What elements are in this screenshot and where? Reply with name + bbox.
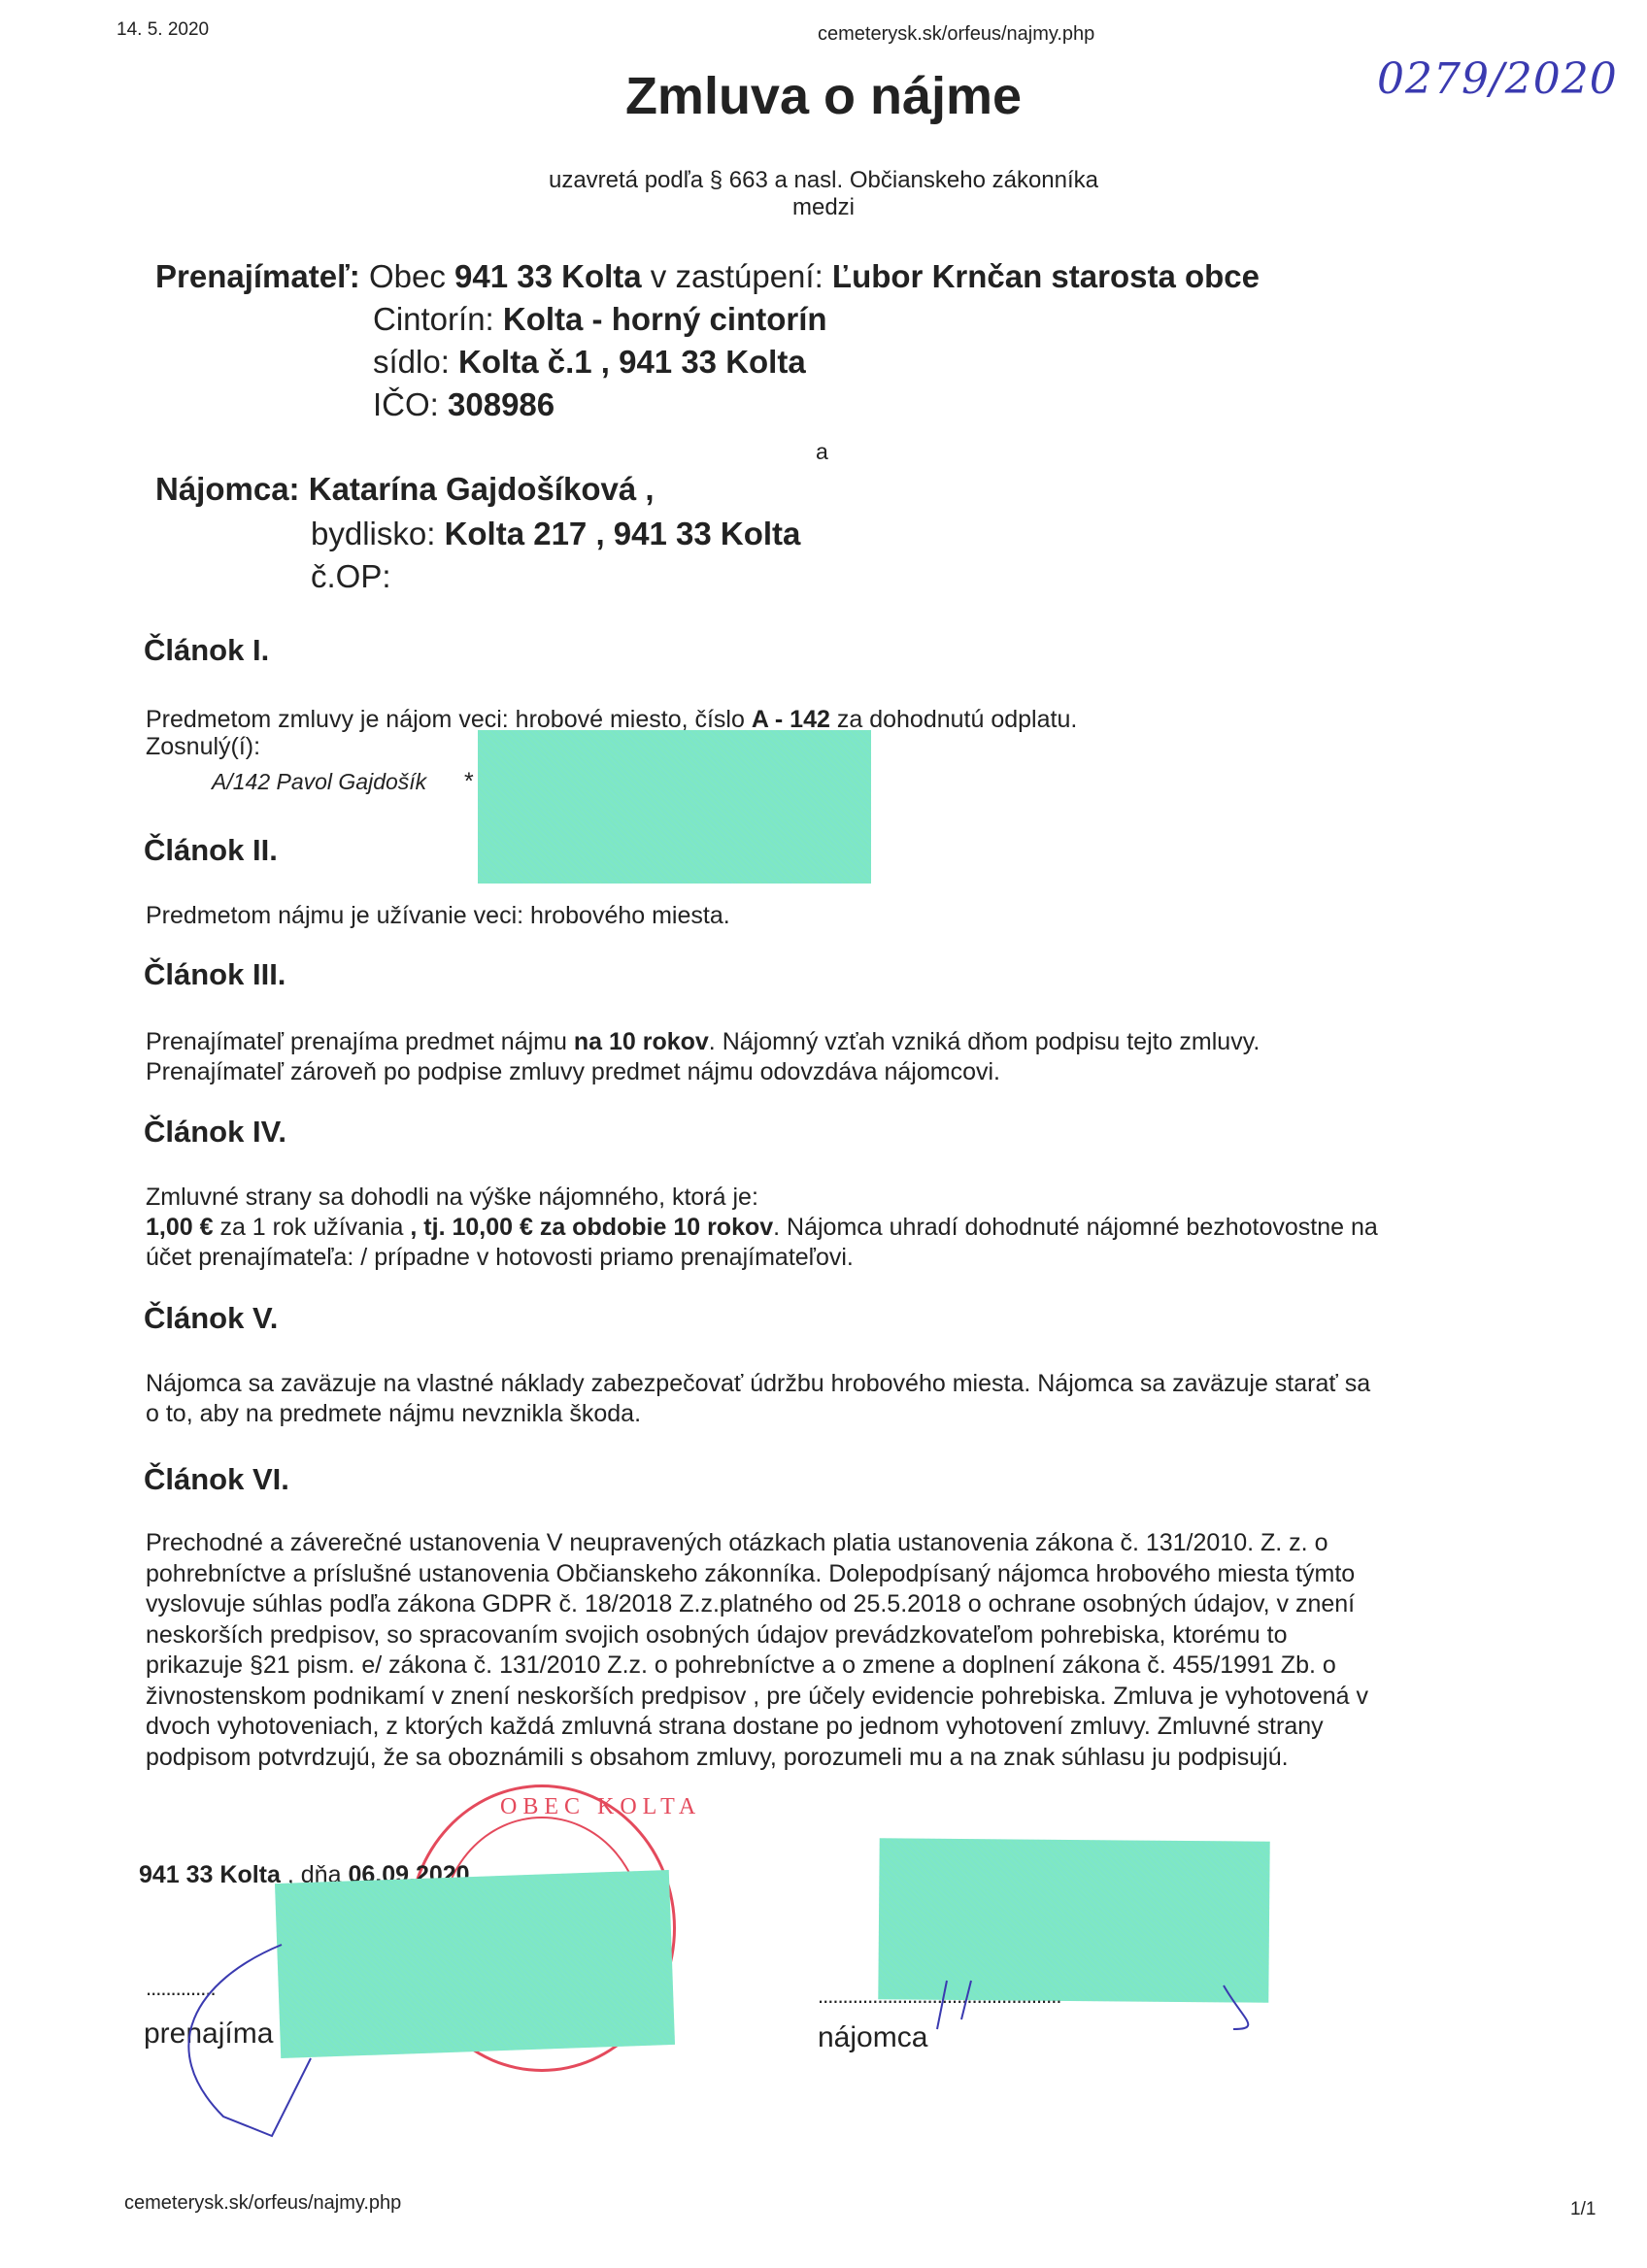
handwritten-signature-strokes <box>0 0 1647 2268</box>
footer-url: cemeterysk.sk/orfeus/najmy.php <box>124 2192 401 2215</box>
page-number: 1/1 <box>1570 2199 1596 2220</box>
